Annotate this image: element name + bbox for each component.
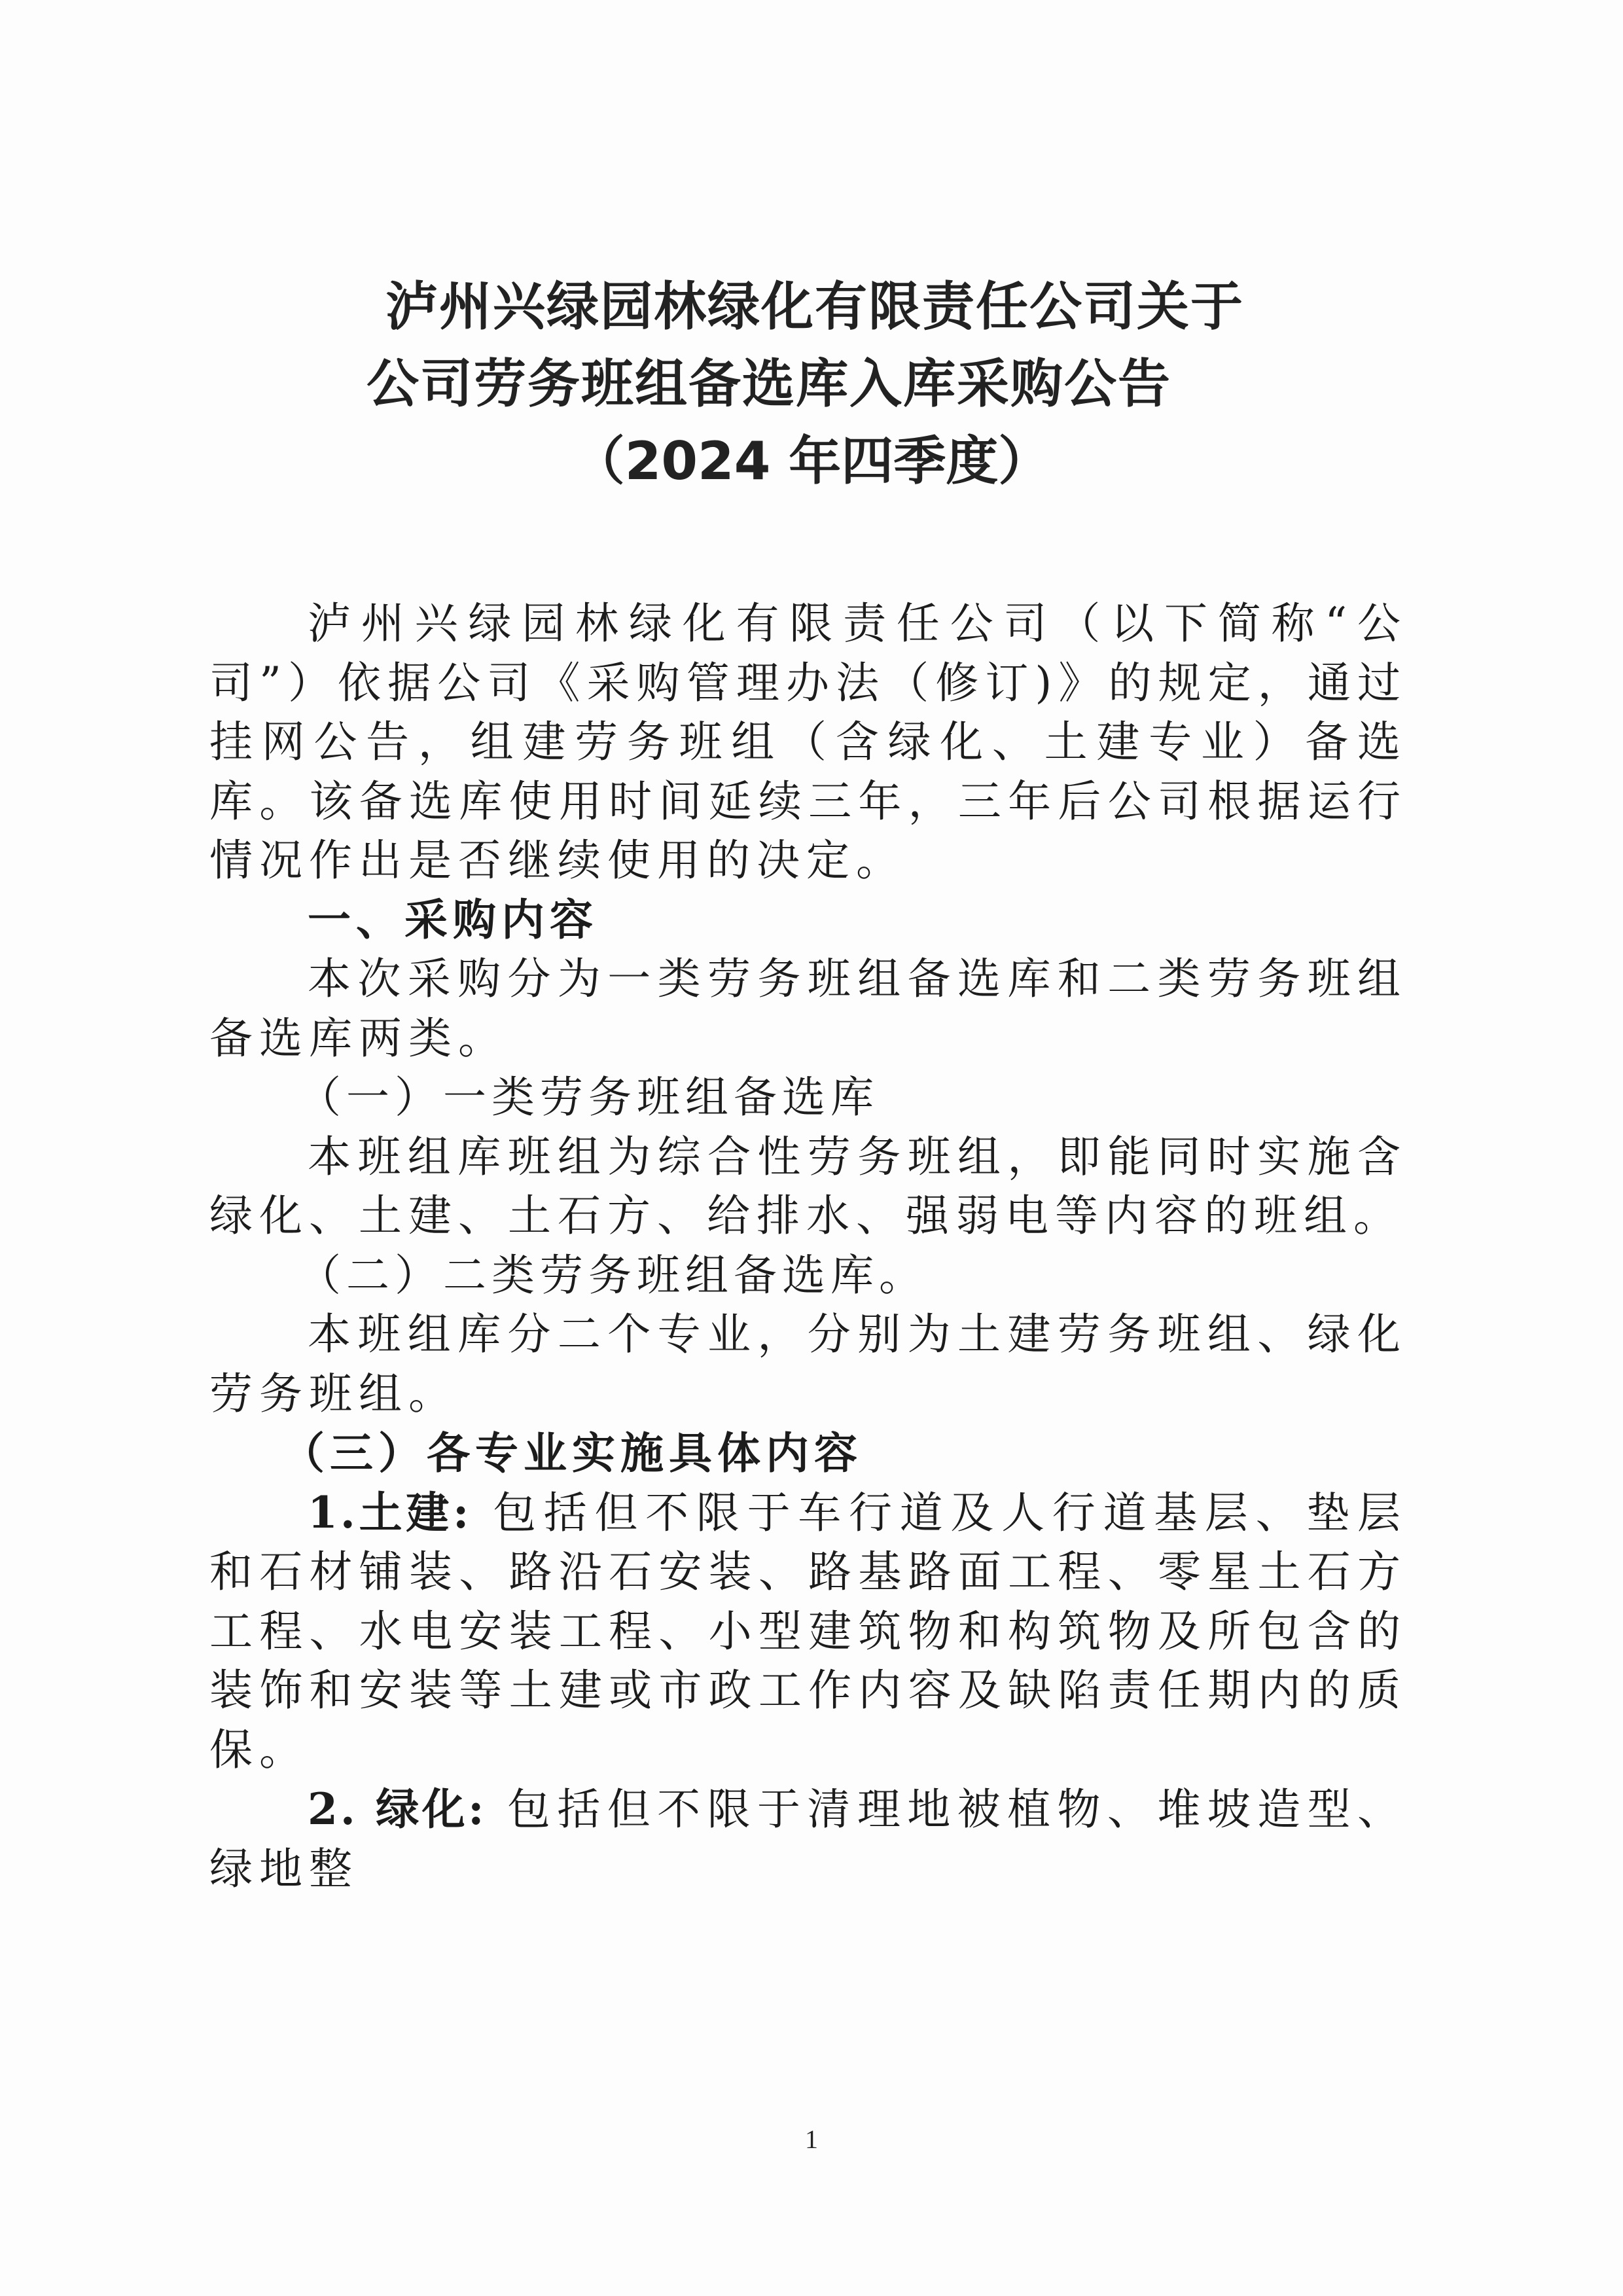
subsection-heading-class-one: （一）一类劳务班组备选库 (209, 1068, 1407, 1128)
item-greening: 2. 绿化: 包括但不限于清理地被植物、堆坡造型、绿地整 (209, 1780, 1407, 1899)
item-civil-label: 1.土建: (308, 1487, 471, 1538)
document-page: 泸州兴绿园林绿化有限责任公司关于 公司劳务班组备选库入库采购公告 （2024 年… (0, 0, 1623, 2296)
title-line-1: 泸州兴绿园林绿化有限责任公司关于 (0, 268, 1623, 346)
subsection-text-class-one: 本班组库班组为综合性劳务班组，即能同时实施含绿化、土建、土石方、给排水、强弱电等… (209, 1128, 1407, 1246)
item-greening-label: 2. 绿化: (308, 1784, 487, 1835)
section-summary: 本次采购分为一类劳务班组备选库和二类劳务班组备选库两类。 (209, 950, 1407, 1068)
document-title: 泸州兴绿园林绿化有限责任公司关于 公司劳务班组备选库入库采购公告 （2024 年… (0, 268, 1623, 500)
page-number: 1 (785, 2124, 838, 2155)
subsection-heading-class-two: （二）二类劳务班组备选库。 (209, 1246, 1407, 1306)
title-line-3: （2024 年四季度） (0, 423, 1623, 500)
subsection-heading-specific-content: （三）各专业实施具体内容 (209, 1424, 1407, 1483)
title-line-2: 公司劳务班组备选库入库采购公告 (0, 346, 1623, 423)
document-body: 泸州兴绿园林绿化有限责任公司（以下简称“公司”）依据公司《采购管理办法（修订)》… (209, 594, 1407, 1899)
subsection-text-class-two: 本班组库分二个专业，分别为土建劳务班组、绿化劳务班组。 (209, 1305, 1407, 1424)
section-heading-procurement-content: 一、采购内容 (209, 891, 1407, 950)
intro-paragraph: 泸州兴绿园林绿化有限责任公司（以下简称“公司”）依据公司《采购管理办法（修订)》… (209, 594, 1407, 891)
item-civil-construction: 1.土建: 包括但不限于车行道及人行道基层、垫层和石材铺装、路沿石安装、路基路面… (209, 1483, 1407, 1780)
